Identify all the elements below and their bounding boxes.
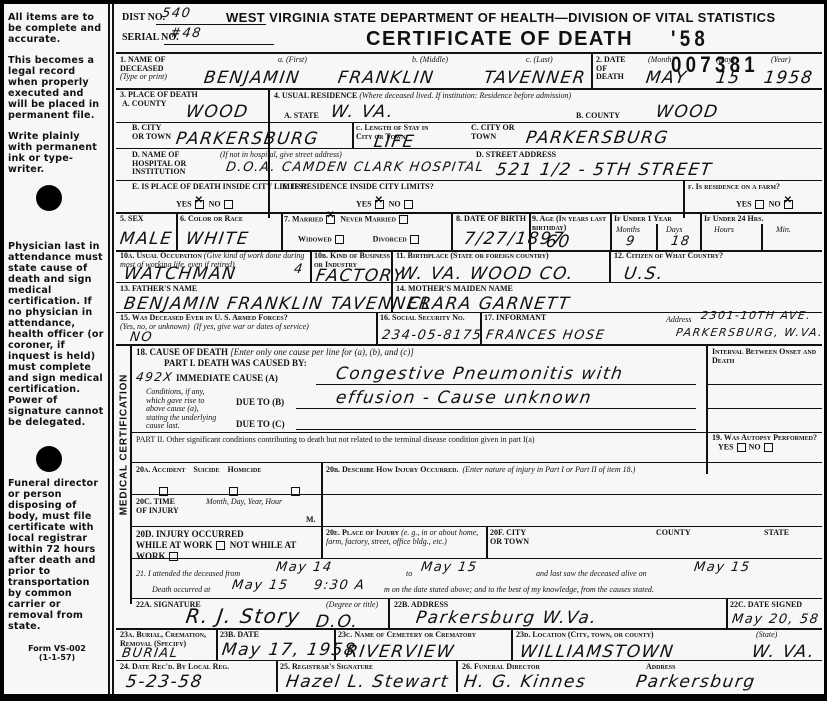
- armed-forces-note-2: (If yes, give war or dates of service): [194, 322, 309, 331]
- certificate-page: All items are to be complete and accurat…: [4, 4, 824, 694]
- citizen-value: U.S.: [623, 264, 666, 284]
- cause-code: 492X: [135, 370, 174, 384]
- death-inside-city-yes-checkbox[interactable]: [195, 200, 204, 209]
- burial-state-label: (State): [756, 630, 777, 639]
- registrar-signature-label: 25. Registrar's Signature: [280, 662, 373, 671]
- last-saw-value: May 15: [693, 560, 752, 575]
- middle-name-label: b. (Middle): [412, 55, 448, 64]
- father-label: 13. Father's Name: [120, 284, 197, 293]
- time-of-injury-note: Month, Day, Year, Hour: [206, 497, 282, 506]
- farm-no-checkbox[interactable]: [784, 200, 793, 209]
- residence-inside-city-label: e. Is residence inside city limits?: [282, 182, 434, 191]
- widowed-checkbox[interactable]: [335, 235, 344, 244]
- injury-occurred-label: 20d. Injury Occurred: [136, 529, 244, 539]
- interval-label: Interval Between Onset and Death: [712, 347, 816, 365]
- medical-certification-label: MEDICAL CERTIFICATION: [116, 344, 130, 554]
- age-days-value: 18: [670, 234, 692, 249]
- autopsy-label: 19. Was Autopsy Performed?: [712, 433, 817, 442]
- residence-state-value: W. VA.: [330, 102, 396, 122]
- accident-label: 20a. Accident: [136, 465, 185, 474]
- yes-label: YES: [356, 199, 372, 208]
- day-label: (Day): [716, 55, 735, 64]
- dob-label: 8. Date of Birth: [456, 214, 526, 223]
- describe-injury-note: (Enter nature of injury in Part I or Par…: [462, 465, 635, 474]
- residence-inside-city-yes-checkbox[interactable]: [375, 200, 384, 209]
- instruction-complete: All items are to be complete and accurat…: [8, 12, 106, 45]
- form-number: Form VS-002: [8, 644, 106, 653]
- never-married-checkbox[interactable]: [399, 215, 408, 224]
- degree-label: (Degree or title): [326, 600, 378, 609]
- informant-address-label: Address: [666, 315, 691, 324]
- autopsy-no-checkbox[interactable]: [764, 443, 773, 452]
- physician-signature-value: R. J. Story: [184, 604, 302, 628]
- first-name-label: a. (First): [278, 55, 307, 64]
- describe-injury-label: 20b. Describe How Injury Occurred.: [326, 465, 458, 474]
- under-24-hrs-label: If Under 24 Hrs.: [704, 214, 763, 223]
- burial-date-label: 23b. Date: [220, 630, 259, 639]
- burial-location-value: WILLIAMSTOWN: [519, 642, 676, 662]
- residence-state-label: a. State: [284, 111, 319, 120]
- department-header: WEST VIRGINIA STATE DEPARTMENT OF HEALTH…: [226, 10, 776, 25]
- residence-county-value: WOOD: [655, 102, 720, 122]
- race-label: 6. Color or Race: [180, 214, 243, 223]
- year-label: (Year): [771, 55, 791, 64]
- suicide-label: Suicide: [193, 465, 219, 474]
- attended-from-value: May 14: [275, 560, 334, 575]
- instruction-legal-record: This becomes a legal record when properl…: [8, 55, 106, 121]
- attendance-line-1-label: 21. I attended the deceased from: [136, 569, 240, 578]
- due-to-b-value: effusion - Cause unknown: [335, 388, 594, 408]
- certificate-title: CERTIFICATE OF DEATH: [366, 28, 633, 51]
- hospital-value: D.O.A. CAMDEN CLARK HOSPITAL: [225, 160, 485, 175]
- punch-hole-icon: [36, 446, 62, 472]
- homicide-label: Homicide: [227, 465, 261, 474]
- days-label: Days: [666, 225, 682, 234]
- while-at-work-label: While at Work: [136, 540, 213, 550]
- race-value: WHITE: [185, 229, 251, 249]
- serial-no-value: #48: [169, 26, 203, 41]
- residence-city-value: PARKERSBURG: [525, 128, 671, 148]
- conditions-note: Conditions, if any, which gave rise to a…: [146, 387, 216, 430]
- death-occurred-label: Death occurred at: [152, 585, 210, 594]
- death-city-value: PARKERSBURG: [175, 129, 321, 149]
- residence-inside-city-no-checkbox[interactable]: [404, 200, 413, 209]
- hospital-note: (If not in hospital, give street address…: [220, 150, 342, 159]
- informant-label: 17. Informant: [484, 313, 546, 322]
- burial-date-value: May 17, 1958: [221, 640, 358, 660]
- father-value: BENJAMIN FRANKLIN TAVENNER: [123, 294, 434, 314]
- under-1-year-label: If Under 1 Year: [614, 214, 672, 223]
- hours-label: Hours: [714, 225, 734, 234]
- name-label: 1. Name of Deceased: [120, 55, 165, 73]
- burial-location-label: 23d. Location (City, town, or county): [516, 630, 654, 639]
- residence-county-label: b. County: [576, 111, 620, 120]
- form-date: (1-1-57): [8, 653, 106, 662]
- part-1-label: PART I. DEATH WAS CAUSED BY:: [164, 358, 307, 368]
- street-value: 521 1/2 - 5TH STREET: [495, 160, 714, 180]
- due-to-b-label: DUE TO (b): [236, 397, 284, 407]
- cause-note: [Enter only one cause per line for (a), …: [230, 347, 413, 357]
- margin-divider: [108, 4, 110, 694]
- sex-label: 5. Sex: [120, 214, 144, 223]
- mother-label: 14. Mother's Maiden Name: [396, 284, 513, 293]
- death-occurred-date-value: May 15: [231, 578, 290, 593]
- injury-city-label: 20f. City or Town: [490, 528, 529, 546]
- immediate-cause-label: IMMEDIATE CAUSE (a): [176, 373, 278, 383]
- to-label: to: [406, 569, 412, 578]
- instruction-physician: Physician last in attendance must state …: [8, 241, 106, 428]
- death-day-value: 15: [715, 68, 742, 88]
- death-month-value: MAY: [645, 68, 689, 88]
- date-signed-label: 22c. Date Signed: [730, 600, 802, 609]
- last-saw-label: and last saw the deceased alive on: [536, 569, 647, 578]
- no-label: NO: [769, 199, 781, 208]
- birthplace-label: 11. Birthplace (State or foreign country…: [396, 251, 549, 260]
- certificate-form: Dist No. 540 Serial No. #48 WEST VIRGINI…: [116, 4, 822, 694]
- months-label: Months: [616, 225, 640, 234]
- death-city-label: b. City or Town: [132, 123, 171, 141]
- injury-county-label: County: [656, 528, 691, 537]
- residence-city-label: c. City or Town: [471, 123, 514, 141]
- yes-label: YES: [736, 199, 752, 208]
- citizen-label: 12. Citizen of What Country?: [614, 251, 723, 260]
- cause-of-death-label: 18. Cause of Death: [136, 347, 228, 357]
- age-value: 60: [545, 232, 572, 252]
- residence-label: 4. Usual Residence: [274, 91, 357, 100]
- autopsy-yes-checkbox[interactable]: [737, 443, 746, 452]
- age-months-value: 9: [625, 234, 637, 249]
- last-name-label: c. (Last): [526, 55, 553, 64]
- part-2-label: PART II. Other significant conditions co…: [136, 435, 535, 444]
- burial-label: 23a. Burial, Cremation, Removal (Specify…: [120, 630, 206, 648]
- mother-value: CLARA GARNETT: [407, 294, 572, 314]
- occupation-code: 4: [293, 262, 305, 277]
- name-sublabel: (Type or print): [120, 72, 167, 81]
- birthplace-value: W. VA. WOOD CO.: [399, 264, 576, 284]
- attended-to-value: May 15: [420, 560, 479, 575]
- death-inside-city-label: e. Is place of death inside city limits?: [132, 182, 307, 191]
- stay-length-value: LIFE: [373, 132, 417, 152]
- armed-forces-value: NO: [129, 330, 154, 345]
- death-county-label: a. County: [122, 99, 166, 108]
- marital-label: 7.: [284, 214, 290, 223]
- funeral-address-value: Parkersburg: [635, 672, 757, 692]
- funeral-director-label: 26. Funeral Director: [462, 662, 540, 671]
- cemetery-value: RIVERVIEW: [345, 642, 457, 662]
- burial-value: BURIAL: [121, 646, 180, 661]
- first-name-value: BENJAMIN: [203, 68, 302, 88]
- death-occurred-time-value: 9:30 A: [313, 578, 366, 593]
- death-county-value: WOOD: [185, 102, 250, 122]
- death-inside-city-no-checkbox[interactable]: [224, 200, 233, 209]
- min-label: Min.: [776, 225, 791, 234]
- punch-hole-icon: [36, 185, 62, 211]
- funeral-address-label: Address: [646, 662, 675, 671]
- farm-yes-checkbox[interactable]: [755, 200, 764, 209]
- no-label: NO: [389, 199, 401, 208]
- yes-label: YES: [718, 442, 734, 451]
- sex-value: MALE: [119, 229, 174, 249]
- date-of-death-label: 2. Date of Death: [596, 55, 626, 81]
- married-checkbox[interactable]: [326, 215, 335, 224]
- injury-state-label: State: [764, 528, 789, 537]
- farm-label: f. Is residence on a farm?: [688, 182, 780, 191]
- death-occurred-statement: m on the date stated above; and to the b…: [384, 585, 654, 594]
- dist-no-value: 540: [161, 6, 192, 21]
- ssn-label: 16. Social Security No.: [380, 313, 465, 322]
- margin-divider: [112, 4, 114, 694]
- middle-name-value: FRANKLIN: [337, 68, 436, 88]
- informant-address-line-1: 2301-10TH AVE.: [700, 309, 812, 322]
- month-label: (Month): [648, 55, 674, 64]
- no-label: NO: [209, 199, 221, 208]
- instruction-funeral-director: Funeral director or person disposing of …: [8, 478, 106, 632]
- dist-no-label: Dist No.: [122, 12, 165, 23]
- ssn-value: 234-05-8175: [381, 328, 483, 343]
- residence-note: (Where deceased lived. If institution: R…: [359, 91, 571, 100]
- registrar-signature-value: Hazel L. Stewart: [285, 672, 451, 692]
- street-label: d. Street Address: [476, 150, 556, 159]
- m-label: M.: [306, 515, 316, 524]
- last-name-value: TAVENNER: [483, 68, 588, 88]
- date-received-label: 24. Date Rec'd. By Local Reg.: [120, 662, 229, 671]
- informant-value: FRANCES HOSE: [485, 328, 606, 343]
- funeral-director-value: H. G. Kinnes: [463, 672, 588, 692]
- divorced-checkbox[interactable]: [410, 235, 419, 244]
- date-signed-value: May 20, 58: [731, 612, 820, 627]
- due-to-c-label: DUE TO (c): [236, 419, 285, 429]
- age-label: 9. Age (In years last birthday): [532, 214, 606, 232]
- hospital-label: d. Name of Hospital or Institution: [132, 150, 186, 176]
- instruction-write-plainly: Write plainly with permanent ink or type…: [8, 131, 106, 175]
- death-year-value: 1958: [763, 68, 815, 88]
- physician-address-value: Parkersburg W.Va.: [415, 608, 599, 628]
- date-received-value: 5-23-58: [125, 672, 205, 692]
- immediate-cause-value: Congestive Pneumonitis with: [335, 364, 625, 384]
- occupation-value: WATCHMAN: [123, 264, 238, 284]
- burial-state-value: W. VA.: [751, 642, 817, 662]
- while-at-work-checkbox[interactable]: [216, 541, 225, 550]
- margin-instructions: All items are to be complete and accurat…: [8, 12, 106, 692]
- informant-address-line-2: PARKERSBURG, W.VA.: [675, 326, 824, 339]
- not-while-at-work-checkbox[interactable]: [169, 552, 178, 561]
- no-label: NO: [749, 442, 761, 451]
- cemetery-label: 23c. Name of Cemetery or Crematory: [338, 630, 476, 639]
- time-of-injury-label: 20c. Time of Injury: [136, 497, 179, 515]
- yes-label: YES: [176, 199, 192, 208]
